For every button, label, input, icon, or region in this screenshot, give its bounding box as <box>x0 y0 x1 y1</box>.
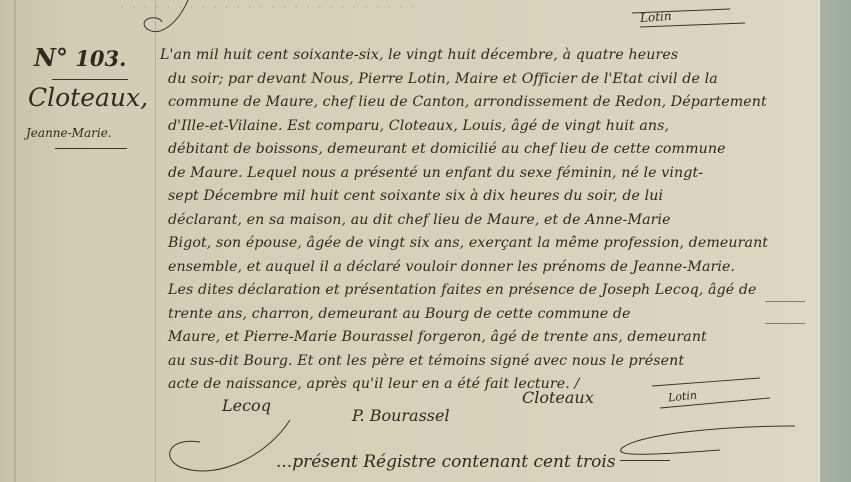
body-line: de Maure. Lequel nous a présenté un enfa… <box>160 162 810 186</box>
act-number: N° 103. <box>34 43 126 72</box>
line-filler-stroke <box>765 301 805 302</box>
signature-paraph-bottom <box>650 376 780 416</box>
body-line: commune de Maure, chef lieu de Canton, a… <box>160 91 810 115</box>
act-body: L'an mil huit cent soixante-six, le ving… <box>160 44 810 397</box>
closing-statement: ...présent Régistre contenant cent trois <box>276 452 616 472</box>
body-line: L'an mil huit cent soixante-six, le ving… <box>160 44 810 68</box>
body-line: Bigot, son épouse, âgée de vingt six ans… <box>160 232 810 256</box>
margin-underline <box>52 79 128 80</box>
line-filler-stroke <box>765 323 805 324</box>
body-line: d'Ille-et-Vilaine. Est comparu, Cloteaux… <box>160 115 810 139</box>
body-line: Les dites déclaration et présentation fa… <box>160 279 810 303</box>
margin-underline <box>55 148 127 149</box>
act-number-value: 103. <box>75 46 126 71</box>
page-fold-line <box>14 0 16 482</box>
body-line: trente ans, charron, demeurant au Bourg … <box>160 303 810 327</box>
body-line: déclarant, en sa maison, au dit chef lie… <box>160 209 810 233</box>
mayor-signature-top: Lotin <box>640 9 672 25</box>
body-line: débitant de boissons, demeurant et domic… <box>160 138 810 162</box>
act-number-prefix: N° <box>34 43 68 72</box>
scan-backdrop <box>820 0 851 482</box>
flourish-top-icon <box>140 0 200 45</box>
body-line: ensemble, et auquel il a déclaré vouloir… <box>160 256 810 280</box>
body-line: du soir; par devant Nous, Pierre Lotin, … <box>160 68 810 92</box>
child-surname: Cloteaux, <box>28 83 148 112</box>
signature-father-cloteaux: Cloteaux <box>522 388 594 407</box>
body-line: Maure, et Pierre-Marie Bourassel forgero… <box>160 326 810 350</box>
signature-witness-bourassel: P. Bourassel <box>352 406 450 425</box>
body-line: sept Décembre mil huit cent soixante six… <box>160 185 810 209</box>
margin-rule <box>155 0 156 482</box>
line-filler-stroke <box>620 460 670 461</box>
child-given-names: Jeanne-Marie. <box>26 126 112 140</box>
closing-flourish-icon <box>600 420 800 460</box>
body-line: au sus-dit Bourg. Et ont les père et tém… <box>160 350 810 374</box>
